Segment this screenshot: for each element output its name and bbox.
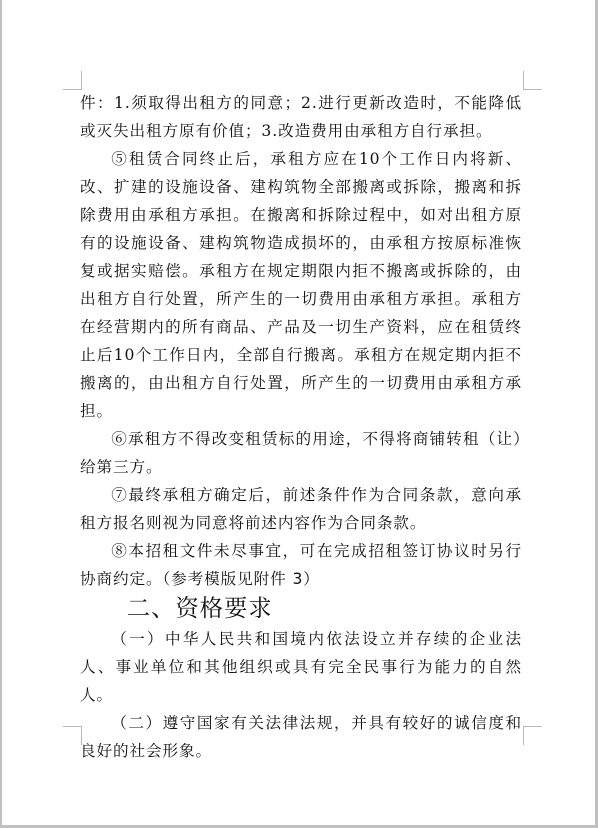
paragraph-item-8: ⑧本招租文件未尽事宜，可在完成招租签订协议时另行协商约定。（参考模版见附件 3）	[80, 537, 522, 593]
document-page: 件：1.须取得出租方的同意；2.进行更新改造时，不能降低或灭失出租方原有价值；3…	[2, 0, 595, 825]
requirement-2: （二）遵守国家有关法律法规，并具有较好的诚信度和良好的社会形象。	[80, 709, 522, 765]
attachment-reference-note: （参考模版见附件 3）	[162, 570, 319, 588]
margin-corner-mark-top-right	[523, 71, 542, 90]
paragraph-item-6: ⑥承租方不得改变租赁标的用途，不得将商铺转租（让）给第三方。	[80, 425, 522, 481]
paragraph-continuation: 件：1.须取得出租方的同意；2.进行更新改造时，不能降低或灭失出租方原有价值；3…	[80, 89, 522, 145]
paragraph-item-5: ⑤租赁合同终止后，承租方应在10个工作日内将新、改、扩建的设施设备、建构筑物全部…	[80, 145, 522, 425]
margin-corner-mark-top-left	[63, 71, 82, 90]
margin-corner-mark-bottom-right	[523, 726, 542, 745]
requirement-1: （一）中华人民共和国境内依法设立并存续的企业法人、事业单位和其他组织或具有完全民…	[80, 625, 522, 709]
paragraph-item-7: ⑦最终承租方确定后，前述条件作为合同条款，意向承租方报名则视为同意将前述内容作为…	[80, 481, 522, 537]
section-heading-qualifications: 二、资格要求	[80, 593, 522, 623]
document-body[interactable]: 件：1.须取得出租方的同意；2.进行更新改造时，不能降低或灭失出租方原有价值；3…	[80, 89, 522, 765]
